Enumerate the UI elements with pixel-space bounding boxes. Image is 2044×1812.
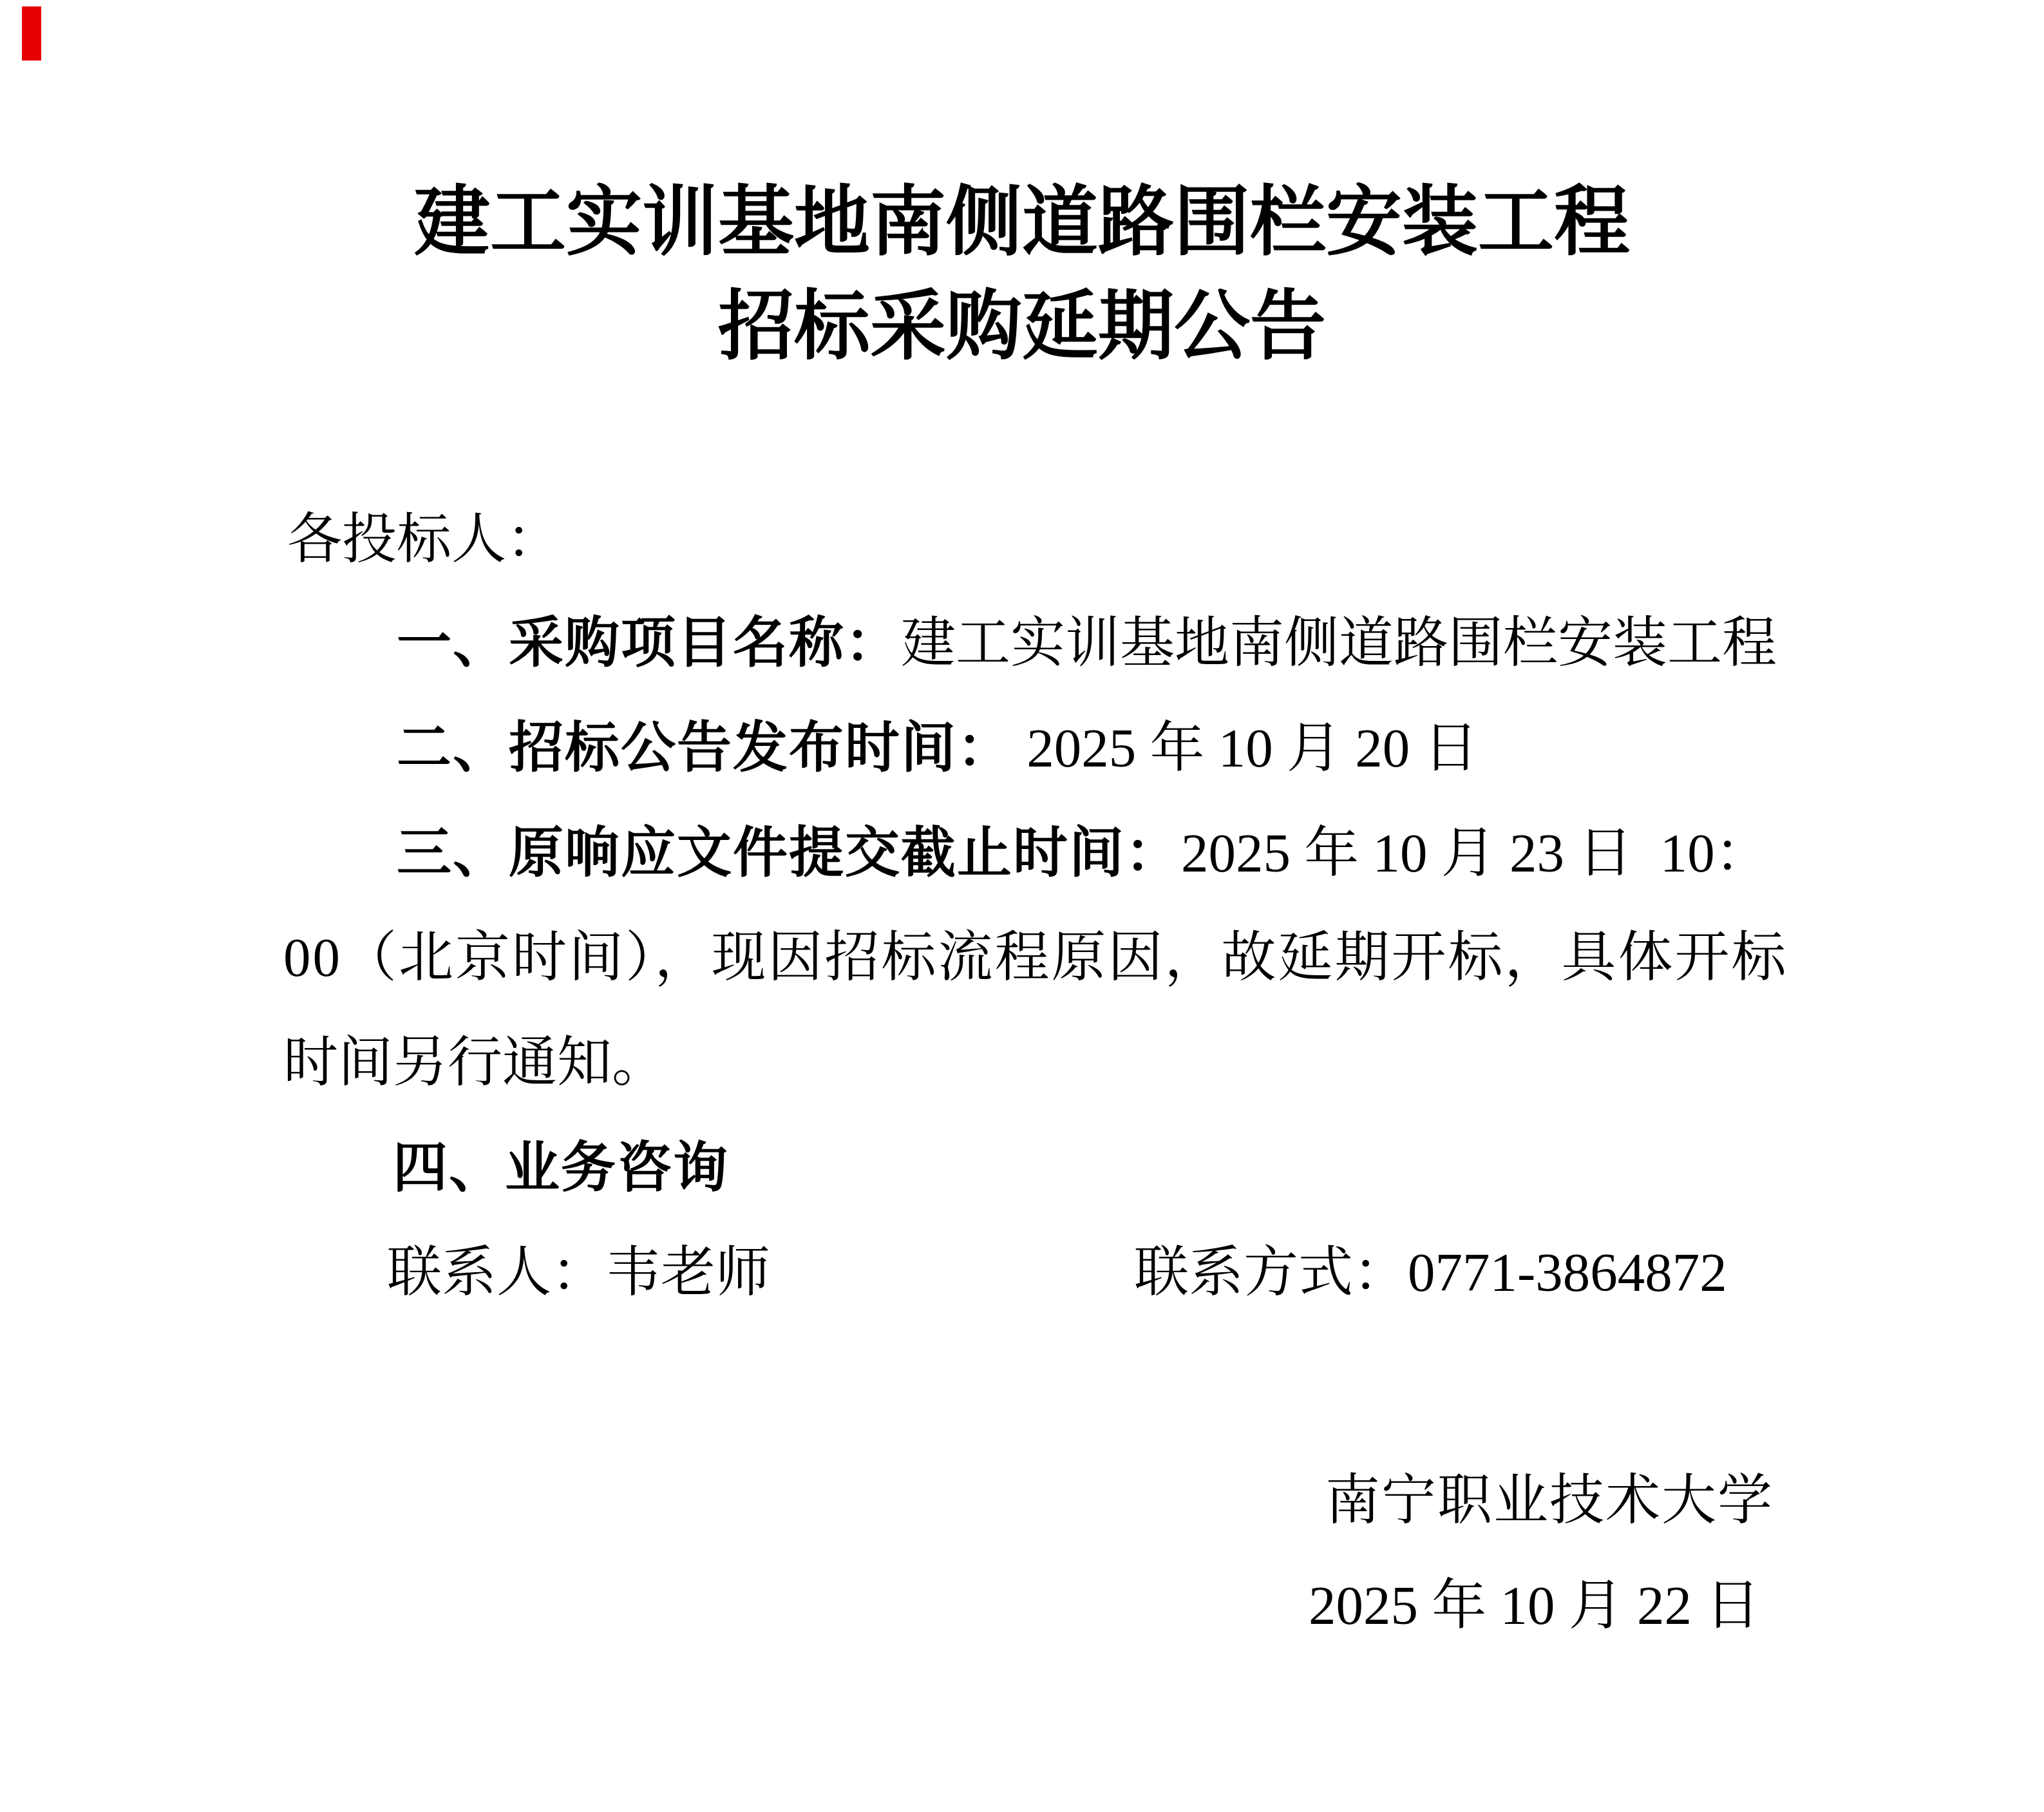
contact-method: 联系方式：0771-3864872 [1134, 1242, 1727, 1305]
item-3-continuation-1: 00（北京时间），现因招标流程原因，故延期开标，具体开标 [283, 927, 1788, 990]
item-1-value: 建工实训基地南侧道路围栏安装工程 [901, 613, 1777, 674]
red-mark [22, 6, 41, 61]
item-1-project-name: 一、采购项目名称：建工实训基地南侧道路围栏安装工程 [397, 612, 1777, 676]
document-page: 建工实训基地南侧道路围栏安装工程 招标采购延期公告 各投标人： 一、采购项目名称… [0, 0, 2044, 1812]
contact-method-label: 联系方式： [1134, 1243, 1408, 1303]
item-3-continuation-2: 时间另行通知。 [283, 1032, 667, 1095]
salutation: 各投标人： [287, 509, 561, 572]
contact-method-value: 0771-3864872 [1408, 1243, 1727, 1303]
item-2-announcement-time: 二、招标公告发布时间： 2025 年 10 月 20 日 [397, 717, 1479, 781]
contact-person-value: 韦老师 [606, 1243, 770, 1303]
document-title-line2: 招标采购延期公告 [0, 283, 2044, 371]
signature-organization: 南宁职业技术大学 [1325, 1470, 1774, 1533]
document-title-line1: 建工实训基地南侧道路围栏安装工程 [0, 179, 2044, 267]
item-1-label: 一、采购项目名称： [397, 613, 901, 674]
item-3-deadline: 三、原响应文件提交截止时间：2025 年 10 月 23 日 10： [397, 822, 1770, 886]
contact-person: 联系人：韦老师 [387, 1242, 770, 1305]
item-3-value: 2025 年 10 月 23 日 10： [1181, 823, 1770, 884]
item-4-label: 四、业务咨询 [393, 1138, 729, 1199]
contact-person-label: 联系人： [387, 1243, 606, 1303]
item-2-value: 2025 年 10 月 20 日 [1013, 718, 1479, 779]
signature-date: 2025 年 10 月 22 日 [1309, 1575, 1760, 1638]
item-3-label: 三、原响应文件提交截止时间： [397, 823, 1181, 884]
item-2-label: 二、招标公告发布时间： [397, 718, 1013, 779]
item-4-business-consulting: 四、业务咨询 [393, 1137, 729, 1201]
